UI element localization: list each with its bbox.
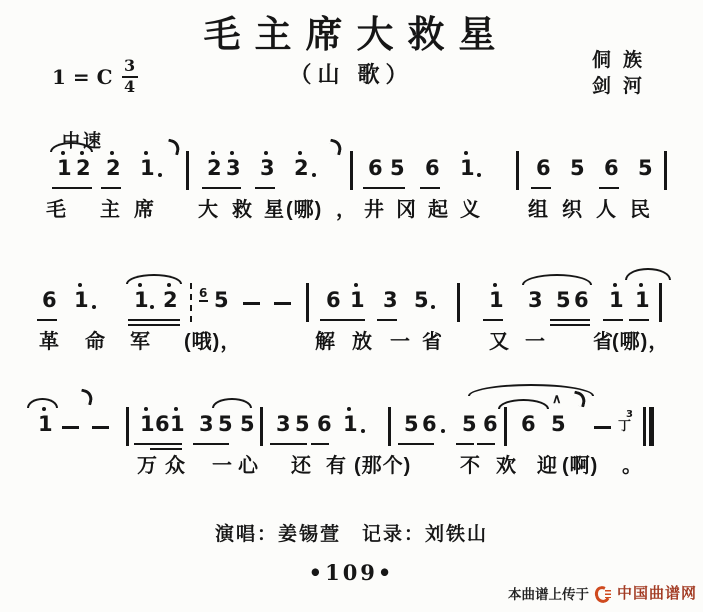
lyric-syllable: 放 — [352, 332, 373, 352]
octave-dot — [110, 151, 114, 155]
beam-underline — [128, 324, 180, 326]
lyric-syllable: (哦)， — [184, 332, 241, 352]
duration-dash — [92, 426, 109, 429]
note-digit: 2 — [76, 158, 91, 179]
note-digit: 6 — [155, 414, 170, 435]
augmentation-dot — [158, 173, 162, 177]
lyric-syllable: 军 — [130, 332, 151, 352]
watermark: 本曲谱上传于 中国曲谱网 — [508, 582, 697, 603]
note-digit: 1 — [140, 414, 155, 435]
dashed-barline — [190, 283, 192, 322]
augmentation-dot — [477, 173, 481, 177]
note-digit: 1 — [57, 158, 72, 179]
lyric-syllable: 万 — [137, 456, 158, 476]
lyric-syllable: (啊) — [562, 456, 598, 476]
slur-arc — [522, 274, 592, 285]
octave-dot — [144, 151, 148, 155]
beam-underline — [37, 319, 57, 321]
beam-underline — [629, 319, 649, 321]
performer-credits: 演唱：姜锡萱 记录：刘铁山 — [0, 519, 703, 546]
note-digit: 1 — [170, 414, 185, 435]
lyric-syllable: 。 — [622, 456, 643, 476]
note-digit: 2 — [163, 290, 178, 311]
lyric-syllable: 人 — [596, 200, 617, 220]
note-digit: 5 — [390, 158, 405, 179]
note-digit: 6 — [422, 414, 437, 435]
note-digit: 2 — [106, 158, 121, 179]
lyric-syllable: 毛 — [46, 200, 67, 220]
lyric-syllable: (哪)， — [612, 332, 669, 352]
slur-arc — [27, 398, 58, 408]
lyric-syllable: 有 — [326, 456, 347, 476]
octave-dot — [174, 407, 178, 411]
lyric-syllable: 主 — [100, 200, 121, 220]
note-digit: 5 — [218, 414, 233, 435]
note-digit: 1 — [489, 290, 504, 311]
beam-underline — [603, 319, 623, 321]
note-digit: 1 — [38, 414, 53, 435]
barline — [260, 407, 263, 446]
site-name: 中国曲谱网 — [617, 582, 697, 603]
grace-underline — [199, 300, 208, 302]
beam-underline — [255, 187, 275, 189]
lyric-syllable: 义 — [460, 200, 481, 220]
note-digit: 1 — [350, 290, 365, 311]
slur-arc — [212, 398, 252, 408]
duration-dash — [594, 426, 611, 429]
barline — [664, 151, 667, 190]
octave-dot — [347, 407, 351, 411]
barline — [388, 407, 391, 446]
note-digit: 1 — [134, 290, 149, 311]
note-digit: 5 — [240, 414, 255, 435]
note-digit: 3 — [226, 158, 241, 179]
lyric-syllable: 又 — [489, 332, 510, 352]
duration-dash — [62, 426, 79, 429]
beam-underline — [456, 443, 474, 445]
site-logo-icon — [595, 585, 611, 601]
lyric-syllable: 革 — [39, 332, 60, 352]
augmentation-dot — [431, 305, 435, 309]
barline — [457, 283, 460, 322]
final-barline-thick — [649, 407, 654, 446]
beam-underline — [550, 319, 590, 321]
slur-arc — [126, 274, 182, 284]
lyric-syllable: 组 — [528, 200, 549, 220]
slur-arc — [50, 142, 93, 152]
note-digit: 3 — [383, 290, 398, 311]
note-digit: 6 — [483, 414, 498, 435]
note-digit: 1 — [609, 290, 624, 311]
grace-note: 6 — [199, 287, 207, 299]
octave-dot — [78, 283, 82, 287]
beam-underline — [377, 319, 397, 321]
octave-dot — [464, 151, 468, 155]
lyric-syllable: 民 — [630, 200, 651, 220]
note-digit: 6 — [42, 290, 57, 311]
beam-underline — [483, 319, 503, 321]
augmentation-dot — [441, 429, 445, 433]
note-digit: 1 — [140, 158, 155, 179]
note-digit: 5 — [214, 290, 229, 311]
note-digit: 6 — [317, 414, 332, 435]
note-digit: 2 — [294, 158, 309, 179]
barline — [350, 151, 353, 190]
note-digit: 2 — [207, 158, 222, 179]
lyric-syllable: 起 — [428, 200, 449, 220]
duration-dash — [274, 302, 291, 305]
lyric-syllable: 井 — [364, 200, 385, 220]
lyric-syllable: 不 — [460, 456, 481, 476]
augmentation-dot — [312, 173, 316, 177]
note-digit: 6 — [326, 290, 341, 311]
note-digit: 6 — [521, 414, 536, 435]
octave-dot — [264, 151, 268, 155]
sheet-music-page: 毛主席大救星 1 = C 3 4 （山 歌） 侗族 剑河 中速 12212332… — [0, 0, 703, 612]
lyric-syllable: 一 — [212, 456, 233, 476]
lyric-syllable: 席 — [134, 200, 155, 220]
barline — [516, 151, 519, 190]
beam-underline — [128, 319, 180, 321]
beam-underline — [320, 319, 365, 321]
lyric-syllable: 织 — [562, 200, 583, 220]
lyric-syllable: ， — [336, 200, 357, 220]
beam-underline — [193, 443, 229, 445]
octave-dot — [211, 151, 215, 155]
barline — [186, 151, 189, 190]
note-digit: 5 — [570, 158, 585, 179]
lyric-syllable: 一 — [390, 332, 411, 352]
beam-underline — [363, 187, 405, 189]
augmentation-dot — [92, 305, 96, 309]
note-digit: 6 — [425, 158, 440, 179]
beam-underline — [477, 443, 495, 445]
octave-dot — [144, 407, 148, 411]
note-digit: 6 — [536, 158, 551, 179]
lyric-syllable: 众 — [165, 456, 186, 476]
beam-underline — [398, 443, 434, 445]
note-digit: 5 — [414, 290, 429, 311]
octave-dot — [298, 151, 302, 155]
breath-mark-icon — [327, 139, 343, 156]
note-digit: 1 — [460, 158, 475, 179]
octave-dot — [354, 283, 358, 287]
note-digit: 6 — [574, 290, 589, 311]
lyric-syllable: 星 — [264, 200, 285, 220]
beam-underline — [134, 443, 182, 445]
beam-underline — [531, 187, 551, 189]
note-digit: 1 — [74, 290, 89, 311]
barline — [126, 407, 129, 446]
barline — [306, 283, 309, 322]
lyric-syllable: (哪) — [286, 200, 322, 220]
lyric-syllable: 一 — [525, 332, 546, 352]
note-digit: 5 — [556, 290, 571, 311]
beam-underline — [202, 187, 241, 189]
beam-underline — [420, 187, 440, 189]
beam-underline — [52, 187, 92, 189]
note-digit: 1 — [635, 290, 650, 311]
lyric-syllable: 救 — [232, 200, 253, 220]
note-digit: 3 — [260, 158, 275, 179]
note-digit: 3 — [528, 290, 543, 311]
lyric-syllable: 迎 — [537, 456, 558, 476]
note-digit: 5 — [462, 414, 477, 435]
note-digit: 1 — [343, 414, 358, 435]
beam-underline — [311, 443, 329, 445]
lyric-syllable: 还 — [291, 456, 312, 476]
breath-mark-icon — [165, 139, 181, 156]
lyric-syllable: 命 — [85, 332, 106, 352]
beam-underline — [550, 324, 590, 326]
note-digit: 5 — [551, 414, 566, 435]
note-digit: 5 — [295, 414, 310, 435]
note-digit: 6 — [368, 158, 383, 179]
lyric-syllable: 省 — [422, 332, 443, 352]
slide-down-icon: 丁 — [618, 419, 631, 432]
lyric-syllable: 冈 — [396, 200, 417, 220]
duration-dash — [243, 302, 260, 305]
beam-underline — [101, 187, 121, 189]
octave-dot — [639, 283, 643, 287]
octave-dot — [493, 283, 497, 287]
beam-underline — [150, 448, 182, 450]
octave-dot — [230, 151, 234, 155]
lyric-syllable: 省 — [593, 332, 614, 352]
barline — [659, 283, 662, 322]
lyric-syllable: 解 — [315, 332, 336, 352]
final-barline-thin — [643, 407, 646, 446]
breath-mark-icon — [78, 389, 94, 406]
slur-arc — [468, 384, 594, 396]
augmentation-dot — [361, 429, 365, 433]
beam-underline — [599, 187, 619, 189]
note-digit: 3 — [199, 414, 214, 435]
watermark-text: 本曲谱上传于 — [508, 583, 589, 603]
barline — [504, 407, 507, 446]
note-digit: 6 — [604, 158, 619, 179]
slur-arc — [625, 268, 671, 280]
beam-underline — [270, 443, 307, 445]
slur-arc — [498, 399, 549, 409]
lyric-syllable: 大 — [198, 200, 219, 220]
octave-dot — [613, 283, 617, 287]
lyric-syllable: 欢 — [496, 456, 517, 476]
lyric-syllable: (那个) — [354, 456, 411, 476]
note-digit: 5 — [638, 158, 653, 179]
lyric-syllable: 心 — [238, 456, 259, 476]
augmentation-dot — [150, 305, 154, 309]
note-digit: 5 — [404, 414, 419, 435]
note-digit: 3 — [276, 414, 291, 435]
